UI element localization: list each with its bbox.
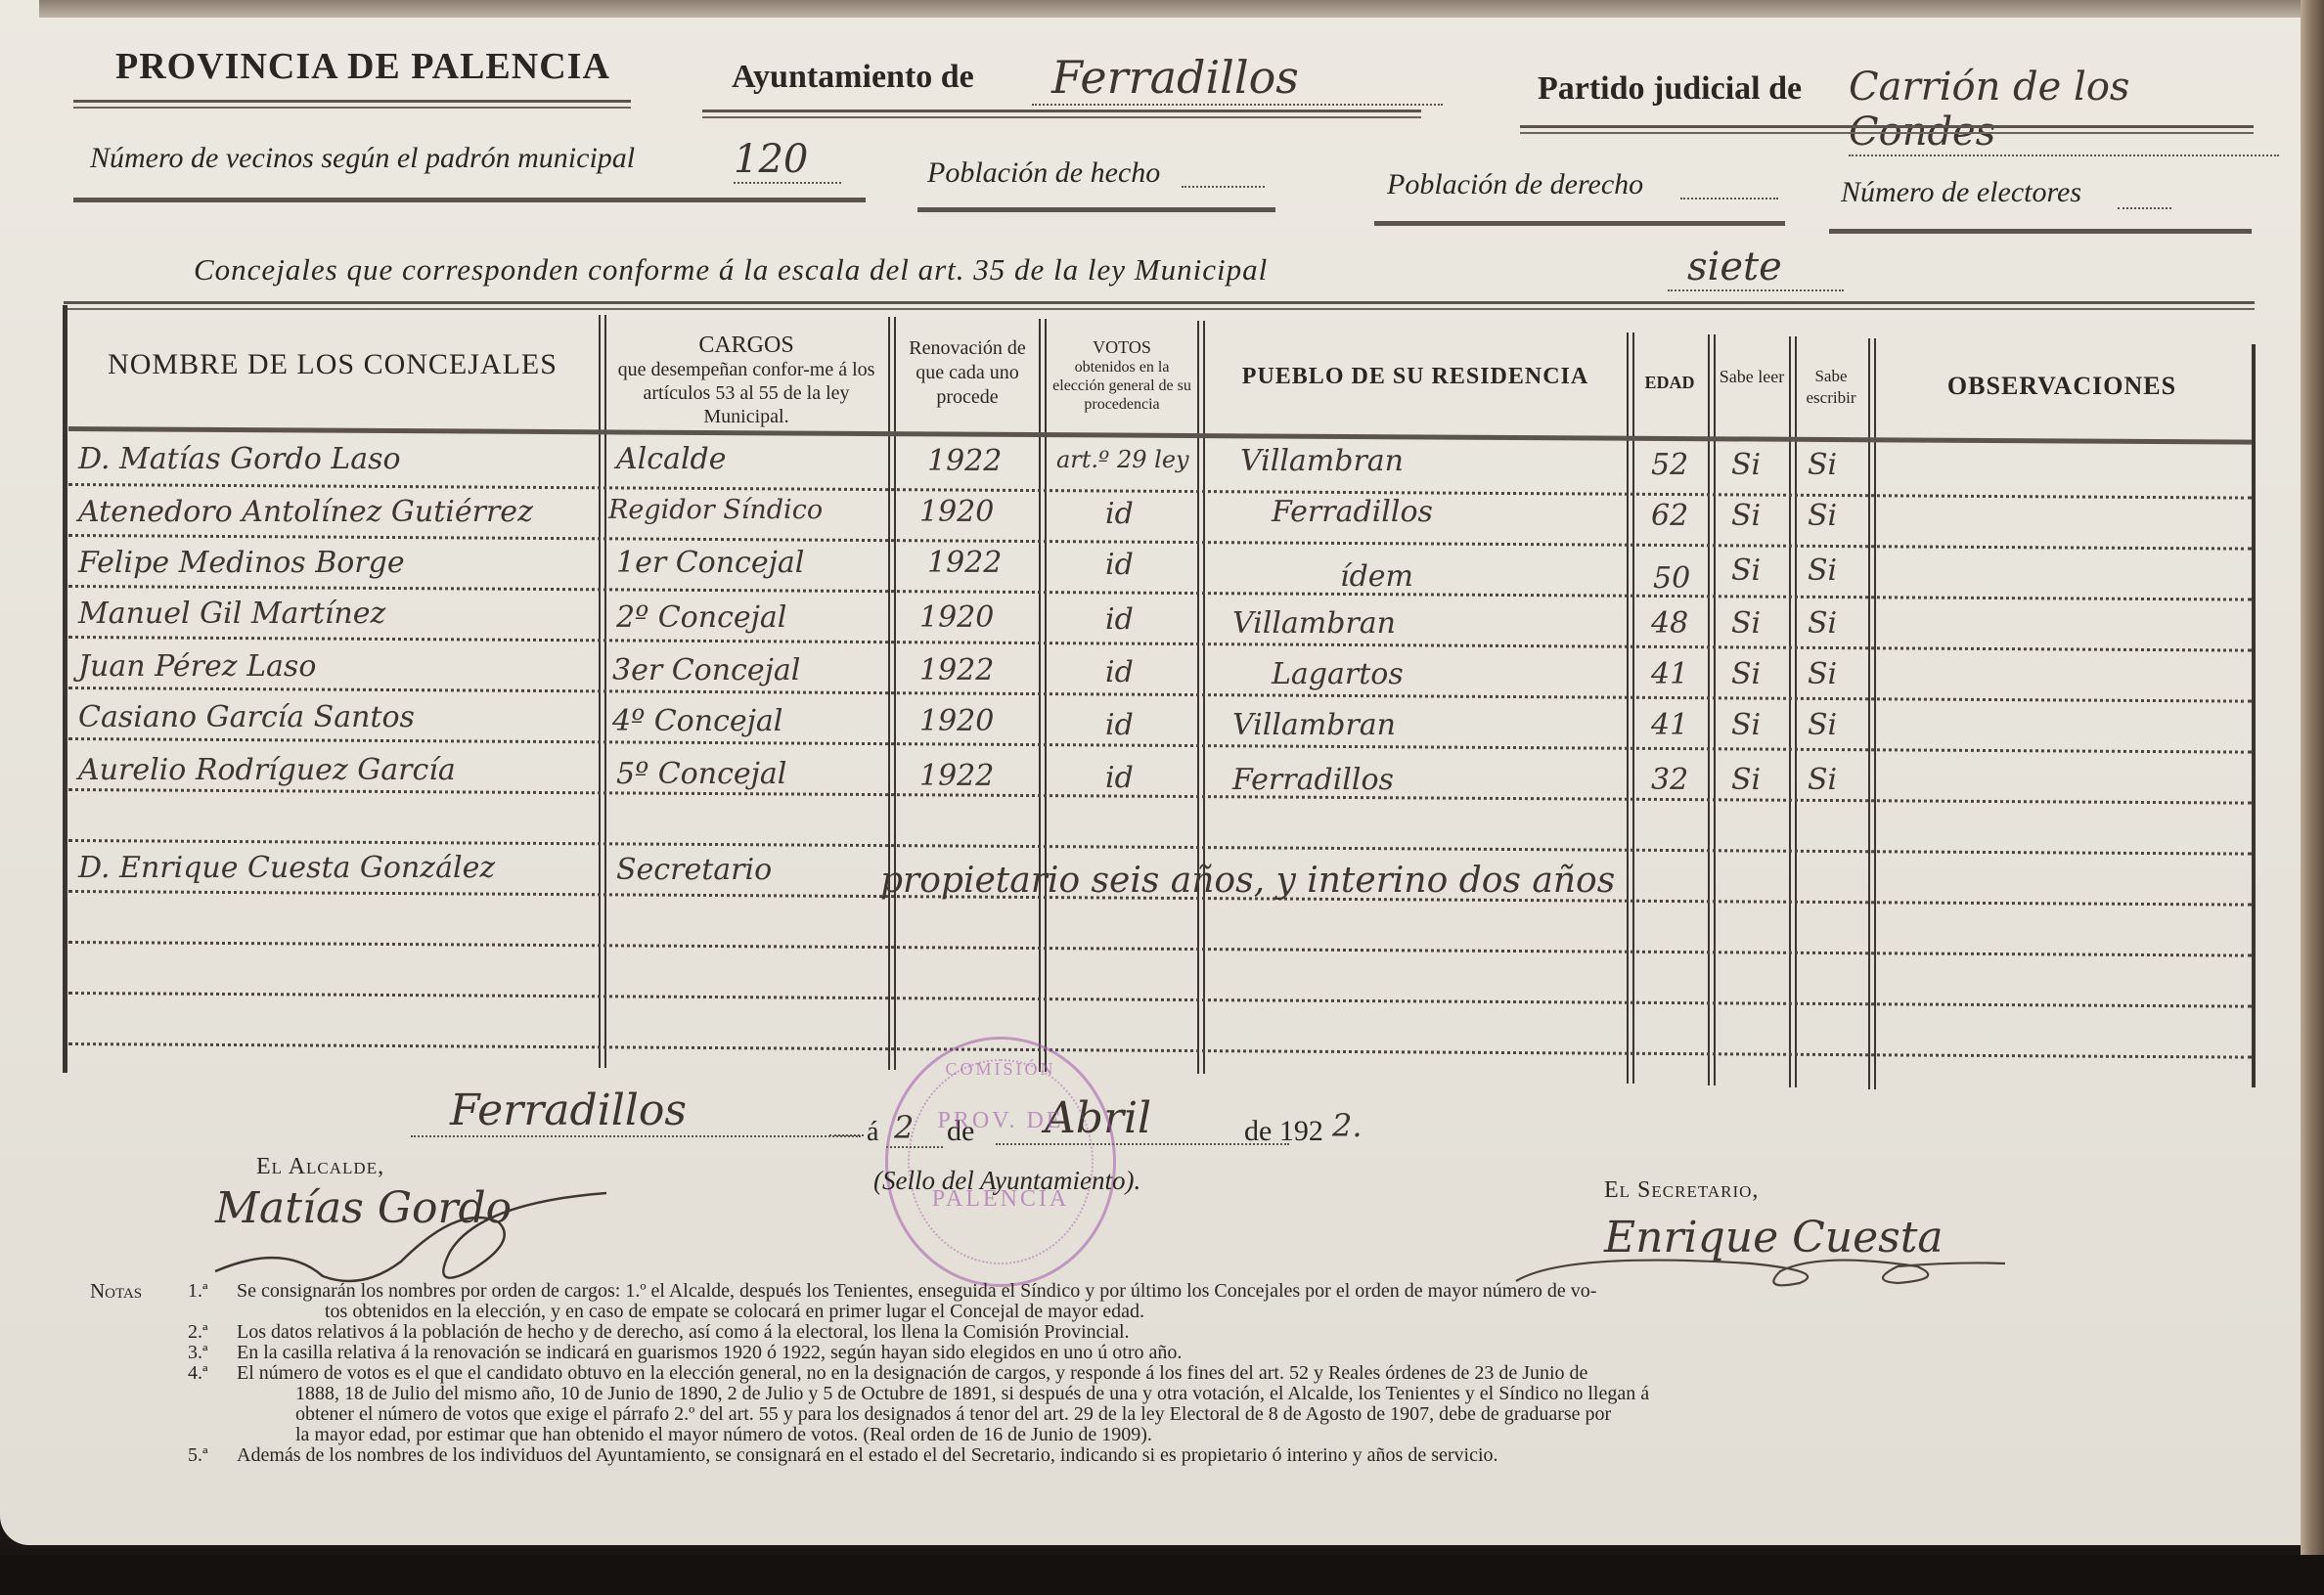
cell-renovacion: 1920 (919, 495, 994, 529)
note-number: 4.ª (188, 1363, 237, 1384)
cell-nombre: Manuel Gil Martínez (78, 597, 385, 631)
cell-votos: id (1105, 548, 1134, 582)
cell-cargo: Alcalde (616, 442, 727, 476)
cell-votos: id (1105, 655, 1134, 689)
cell-votos: id (1105, 708, 1134, 742)
note-text: Además de los nombres de los individuos … (237, 1445, 1498, 1466)
table-left-border (63, 305, 67, 1073)
date-dots (829, 1134, 864, 1136)
cell-votos: id (1105, 497, 1134, 531)
row-line (68, 992, 2252, 1008)
col-divider (1868, 338, 1876, 1089)
notes-label: Notas (90, 1281, 142, 1302)
poblacion-hecho-value (1182, 184, 1265, 188)
row-line (68, 1042, 2252, 1059)
divider (1829, 229, 2252, 234)
cell-pueblo: ídem (1340, 559, 1413, 594)
cell-cargo: 4º Concejal (612, 704, 782, 738)
cell-leer: Si (1731, 763, 1761, 797)
note-item: 5.ª Además de los nombres de los individ… (188, 1445, 2261, 1466)
cell-pueblo: Ferradillos (1272, 495, 1433, 529)
row-line (68, 636, 2252, 652)
cell-escribir: Si (1808, 499, 1837, 533)
cell-nombre: Casiano García Santos (78, 700, 415, 734)
note-text: El número de votos es el que el candidat… (237, 1363, 1587, 1384)
divider (1374, 221, 1785, 226)
cell-leer: Si (1731, 554, 1761, 588)
col-header-edad: EDAD (1631, 372, 1708, 393)
divider (1520, 125, 2254, 134)
row-line (68, 737, 2252, 754)
note-text: Los datos relativos á la población de he… (237, 1322, 1130, 1343)
cell-cargo: 5º Concejal (616, 757, 786, 791)
cell-escribir: Si (1808, 606, 1837, 641)
col-header-renovacion: Renovación de que cada uno procede (898, 336, 1037, 410)
alcalde-label: El Alcalde, (256, 1154, 384, 1180)
cell-pueblo: Villambran (1240, 444, 1404, 478)
note-number: 5.ª (188, 1445, 237, 1466)
cell-edad: 52 (1651, 448, 1688, 482)
partido-value: Carrión de los Condes (1849, 65, 2279, 156)
electores-value (2118, 205, 2171, 209)
note-item: 2.ª Los datos relativos á la población d… (188, 1322, 2261, 1343)
col-divider (1708, 334, 1716, 1085)
note-number: 2.ª (188, 1322, 237, 1343)
ayuntamiento-label: Ayuntamiento de (732, 59, 974, 96)
table-top-border (64, 301, 2255, 310)
col-header-observaciones: OBSERVACIONES (1874, 376, 2250, 397)
cell-cargo: 2º Concejal (616, 600, 786, 635)
col-divider (1789, 336, 1797, 1087)
cell-escribir: Si (1808, 708, 1837, 742)
cell-nombre: D. Enrique Cuesta González (78, 851, 495, 885)
col-header-leer: Sabe leer (1714, 366, 1790, 387)
cell-leer: Si (1731, 708, 1761, 742)
cell-votos: art.º 29 ley (1056, 446, 1189, 473)
poblacion-derecho-value (1680, 196, 1778, 199)
cell-nombre: Aurelio Rodríguez García (78, 753, 456, 787)
row-line (68, 941, 2252, 957)
poblacion-derecho-label: Población de derecho (1387, 168, 1643, 201)
cell-renovacion: 1922 (919, 759, 994, 793)
note-text-cont: la mayor edad, por estimar que han obten… (188, 1425, 2261, 1445)
note-item: 4.ª El número de votos es el que el cand… (188, 1363, 2261, 1384)
secretario-label: El Secretario, (1604, 1177, 1759, 1204)
sello-label: (Sello del Ayuntamiento). (873, 1166, 1140, 1196)
cell-pueblo: Lagartos (1272, 657, 1404, 691)
date-year-prefix: de 192 (1244, 1115, 1323, 1148)
note-text-cont: 1888, 18 de Julio del mismo año, 10 de J… (188, 1384, 2261, 1404)
date-a-label: á (867, 1117, 878, 1148)
ayuntamiento-value: Ferradillos (1032, 51, 1443, 106)
col-header-nombre: NOMBRE DE LOS CONCEJALES (68, 354, 597, 376)
partido-label: Partido judicial de (1538, 70, 1802, 108)
divider (917, 207, 1275, 212)
concejales-value: siete (1668, 244, 1844, 291)
cell-pueblo: Villambran (1232, 708, 1396, 742)
cell-renovacion: 1922 (919, 653, 994, 687)
cell-renovacion: 1922 (927, 444, 1002, 478)
cell-secretario-nota: propietario seis años, y interino dos añ… (880, 861, 1615, 901)
cell-renovacion: 1920 (919, 600, 994, 635)
book-bottom-background (0, 1555, 2324, 1595)
cell-cargo: Secretario (616, 853, 772, 887)
poblacion-hecho-label: Población de hecho (927, 156, 1160, 190)
cell-nombre: D. Matías Gordo Laso (78, 442, 401, 476)
cell-edad: 32 (1651, 763, 1688, 797)
col-header-votos-title: VOTOS (1049, 336, 1195, 358)
alcalde-flourish-icon (205, 1183, 616, 1291)
cell-votos: id (1105, 761, 1134, 795)
cell-pueblo: Ferradillos (1232, 763, 1394, 797)
cell-cargo: 3er Concejal (612, 653, 800, 687)
stamp-inner-ring (908, 1059, 1094, 1264)
cell-edad: 62 (1651, 499, 1688, 533)
cell-escribir: Si (1808, 763, 1837, 797)
document-page: PROVINCIA DE PALENCIA Ayuntamiento de Fe… (0, 0, 2301, 1545)
col-header-votos: VOTOS obtenidos en la elección general d… (1049, 336, 1195, 414)
note-text-cont: obtener el número de votos que exige el … (188, 1404, 2261, 1425)
cell-votos: id (1105, 602, 1134, 637)
cell-cargo: Regidor Síndico (608, 495, 823, 525)
cell-pueblo: Villambran (1232, 606, 1396, 641)
stamp-text-mid: PROV. DE (888, 1108, 1113, 1134)
cell-leer: Si (1731, 448, 1761, 482)
col-header-cargos-sub: que desempeñan confor-me á los artículos… (604, 358, 888, 428)
cell-edad: 48 (1651, 606, 1688, 641)
row-line (68, 585, 2252, 601)
note-number: 1.ª (188, 1281, 237, 1302)
col-header-cargos: CARGOS que desempeñan confor-me á los ar… (604, 332, 888, 428)
col-header-pueblo: PUEBLO DE SU RESIDENCIA (1205, 366, 1626, 387)
notes-list: 1.ª Se consignarán los nombres por orden… (188, 1281, 2261, 1466)
electores-label: Número de electores (1841, 176, 2081, 209)
note-item: 1.ª Se consignarán los nombres por orden… (188, 1281, 2261, 1302)
col-header-cargos-title: CARGOS (604, 332, 888, 358)
cell-renovacion: 1920 (919, 704, 994, 738)
note-text: En la casilla relativa á la renovación s… (237, 1343, 1182, 1363)
stamp-text-top: COMISIÓN (888, 1059, 1113, 1080)
cell-nombre: Atenedoro Antolínez Gutiérrez (78, 495, 533, 529)
date-place: Ferradillos (411, 1085, 861, 1137)
date-year-suffix: 2. (1332, 1107, 1363, 1144)
note-item: 3.ª En la casilla relativa á la renovaci… (188, 1343, 2261, 1363)
note-text-cont: tos obtenidos en la elección, y en caso … (188, 1302, 2261, 1322)
col-header-escribir: Sabe escribir (1794, 366, 1868, 409)
divider (73, 198, 866, 202)
vecinos-label: Número de vecinos según el padrón munici… (90, 142, 635, 175)
cell-escribir: Si (1808, 448, 1837, 482)
cell-nombre: Felipe Medinos Borge (78, 546, 405, 580)
note-text: Se consignarán los nombres por orden de … (237, 1281, 1596, 1302)
divider (73, 100, 631, 109)
row-line (68, 788, 2252, 805)
table-right-border (2252, 344, 2256, 1087)
cell-escribir: Si (1808, 554, 1837, 588)
concejales-label: Concejales que corresponden conforme á l… (194, 252, 1268, 288)
cell-edad: 41 (1651, 657, 1688, 691)
note-number: 3.ª (188, 1343, 237, 1363)
municipal-stamp: COMISIÓN PROV. DE PALENCIA (885, 1037, 1116, 1287)
cell-leer: Si (1731, 657, 1761, 691)
divider (702, 110, 1421, 118)
cell-leer: Si (1731, 499, 1761, 533)
cell-edad: 50 (1653, 561, 1690, 596)
cell-cargo: 1er Concejal (616, 546, 804, 580)
cell-leer: Si (1731, 606, 1761, 641)
cell-renovacion: 1922 (927, 546, 1002, 580)
cell-escribir: Si (1808, 657, 1837, 691)
book-right-edge (2301, 0, 2324, 1595)
col-header-votos-sub: obtenidos en la elección general de su p… (1049, 358, 1195, 414)
book-top-edge (39, 0, 2308, 18)
cell-nombre: Juan Pérez Laso (78, 649, 316, 684)
cell-edad: 41 (1651, 708, 1688, 742)
province-title: PROVINCIA DE PALENCIA (115, 45, 610, 88)
col-divider (1627, 332, 1634, 1084)
vecinos-value: 120 (734, 137, 841, 184)
